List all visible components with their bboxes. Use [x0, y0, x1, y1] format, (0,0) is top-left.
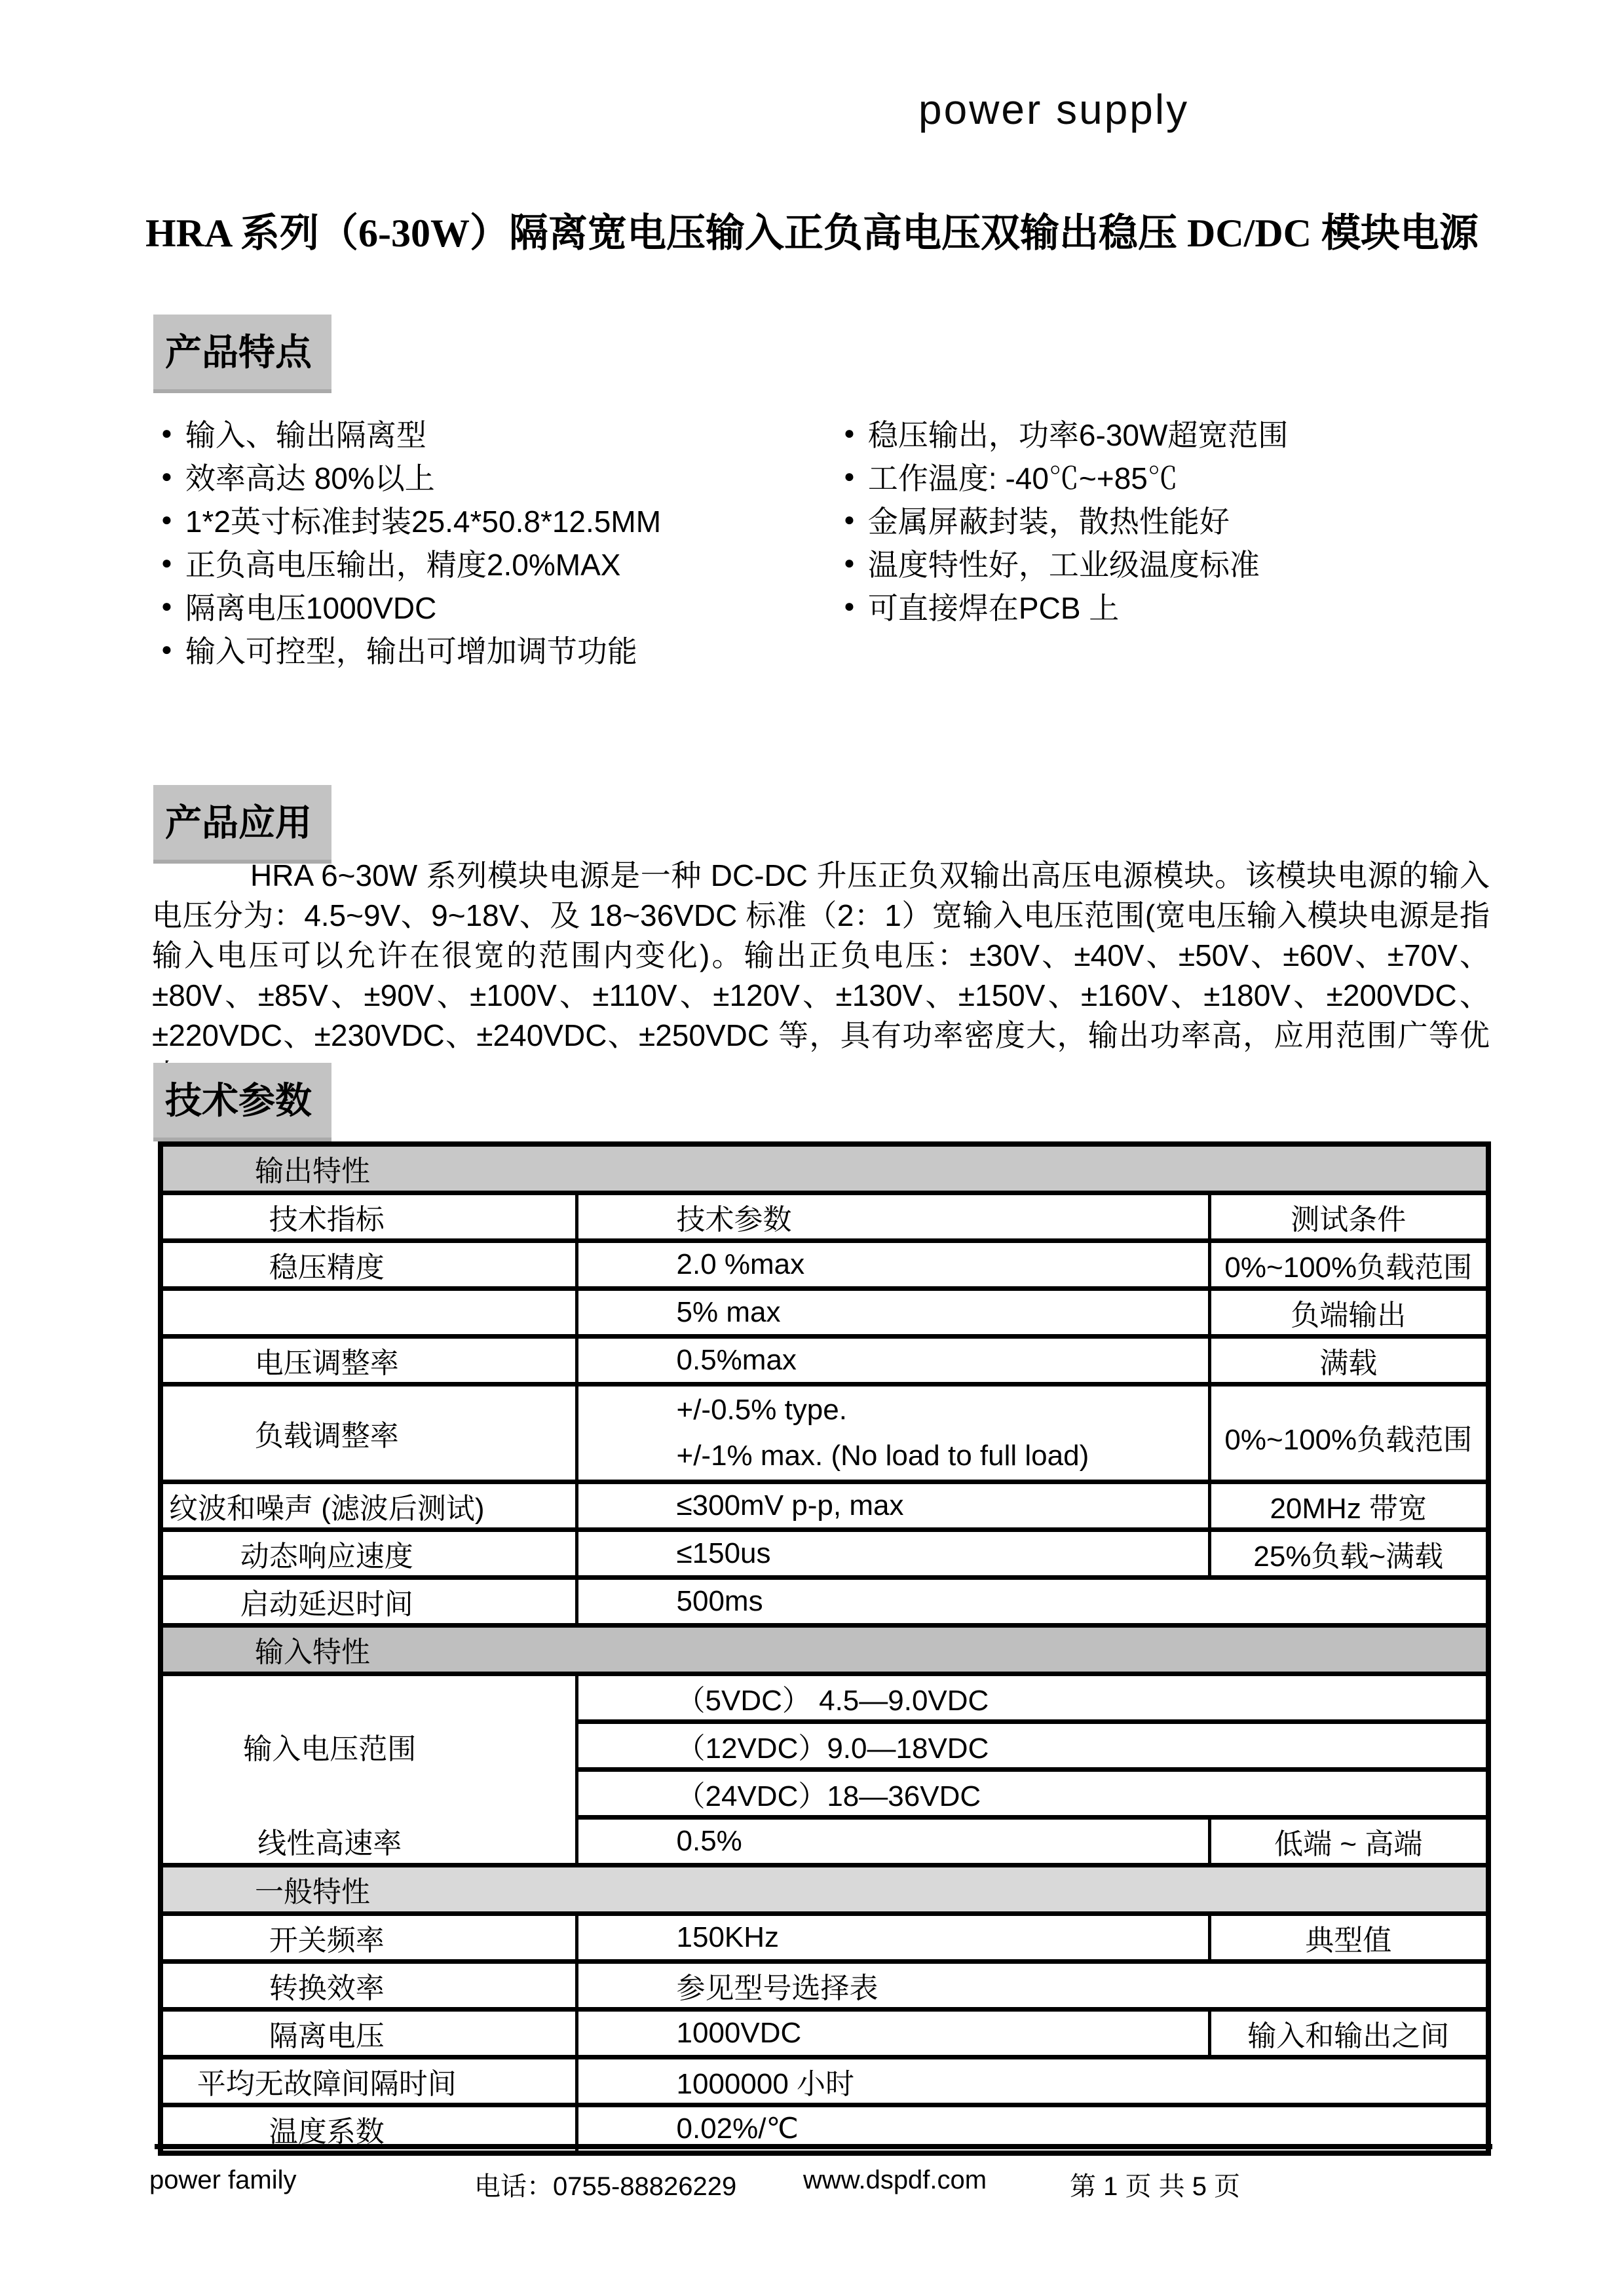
- cell-label: 启动延迟时间: [161, 1577, 576, 1625]
- feature-item: ● 可直接焊在PCB 上: [844, 584, 1288, 628]
- table-row-dynamic-response: 动态响应速度 ≤150us 25%负载~满载: [161, 1529, 1488, 1577]
- feature-text: 稳压输出，功率6-30W超宽范围: [868, 411, 1288, 455]
- header-parameter: 技术参数: [576, 1193, 1209, 1240]
- footer-phone: 电话：0755-88826229: [474, 2166, 736, 2203]
- cell-value: 1000VDC: [576, 2009, 1209, 2057]
- table-row-isolation-voltage: 隔离电压 1000VDC 输入和输出之间: [161, 2009, 1488, 2057]
- cell-value: （12VDC）9.0—18VDC: [576, 1721, 1488, 1769]
- specs-table: 输出特性 技术指标 技术参数 测试条件 稳压精度 2.0 %max 0%~100…: [158, 1141, 1491, 2156]
- bullet-icon: ●: [844, 467, 855, 486]
- bullet-icon: ●: [161, 424, 172, 442]
- header-indicator: 技术指标: [161, 1193, 576, 1240]
- cell-value: 150KHz: [576, 1913, 1209, 1961]
- feature-text: 金属屏蔽封装，散热性能好: [868, 498, 1230, 541]
- bullet-icon: ●: [161, 554, 172, 572]
- feature-text: 输入、输出隔离型: [185, 411, 426, 455]
- cell-label: 稳压精度: [161, 1240, 576, 1288]
- cell-value: 参见型号选择表: [576, 1961, 1488, 2009]
- cell-condition: 0%~100%负载范围: [1209, 1384, 1488, 1482]
- header-condition: 测试条件: [1209, 1193, 1488, 1240]
- load-reg-max: +/-1% max. (No load to full load): [677, 1433, 1207, 1479]
- feature-text: 1*2英寸标准封装25.4*50.8*12.5MM: [185, 498, 661, 541]
- bullet-icon: ●: [844, 510, 855, 529]
- cell-value: ≤300mV p-p, max: [576, 1482, 1209, 1529]
- bullet-icon: ●: [161, 640, 172, 659]
- feature-item: ● 金属屏蔽封装，散热性能好: [844, 498, 1288, 541]
- section-label-specs: 技术参数: [153, 1063, 331, 1141]
- feature-text: 可直接焊在PCB 上: [868, 584, 1119, 628]
- feature-item: ● 正负高电压输出，精度2.0%MAX: [161, 541, 661, 584]
- table-row-efficiency: 转换效率 参见型号选择表: [161, 1961, 1488, 2009]
- table-row-switching-frequency: 开关频率 150KHz 典型值: [161, 1913, 1488, 1961]
- cell-value: 500ms: [576, 1577, 1488, 1625]
- bullet-icon: ●: [844, 554, 855, 572]
- bullet-icon: ●: [844, 424, 855, 442]
- cell-label: 纹波和噪声 (滤波后测试): [161, 1482, 576, 1529]
- cell-value: （24VDC）18—36VDC: [576, 1769, 1488, 1817]
- cell-condition: 0%~100%负载范围: [1209, 1240, 1488, 1288]
- cell-label: 转换效率: [161, 1961, 576, 2009]
- feature-list-right: ● 稳压输出，功率6-30W超宽范围 ● 工作温度: -40℃~+85℃ ● 金…: [844, 411, 1288, 628]
- table-band-row: 输出特性: [161, 1144, 1488, 1193]
- cell-value: （5VDC） 4.5—9.0VDC: [576, 1674, 1488, 1721]
- load-reg-typ: +/-0.5% type.: [677, 1387, 1207, 1433]
- feature-item: ● 输入、输出隔离型: [161, 411, 661, 455]
- cell-label: [161, 1288, 576, 1336]
- table-row-neg-output: 5% max 负端输出: [161, 1288, 1488, 1336]
- table-band-row: 输入特性: [161, 1625, 1488, 1674]
- section-label-applications: 产品应用: [153, 785, 331, 864]
- cell-value: ≤150us: [576, 1529, 1209, 1577]
- footer-divider: [155, 2144, 1492, 2149]
- bullet-icon: ●: [161, 597, 172, 615]
- band-input-label: 输入特性: [161, 1625, 1488, 1674]
- table-row-startup-delay: 启动延迟时间 500ms: [161, 1577, 1488, 1625]
- cell-vin-merged: 输入电压范围 线性高速率: [161, 1674, 576, 1865]
- cell-condition: 满载: [1209, 1336, 1488, 1384]
- footer-website: www.dspdf.com: [803, 2166, 987, 2195]
- applications-paragraph: HRA 6~30W 系列模块电源是一种 DC-DC 升压正负双输出高压电源模块。…: [152, 856, 1490, 1096]
- bullet-icon: ●: [844, 597, 855, 615]
- feature-item: ● 隔离电压1000VDC: [161, 584, 661, 628]
- page-title: HRA 系列（6-30W）隔离宽电压输入正负高电压双输出稳压 DC/DC 模块电…: [0, 202, 1624, 258]
- cell-condition: 25%负载~满载: [1209, 1529, 1488, 1577]
- cell-condition: 输入和输出之间: [1209, 2009, 1488, 2057]
- cell-condition: 负端输出: [1209, 1288, 1488, 1336]
- cell-condition: 典型值: [1209, 1913, 1488, 1961]
- feature-item: ● 1*2英寸标准封装25.4*50.8*12.5MM: [161, 498, 661, 541]
- feature-text: 输入可控型，输出可增加调节功能: [185, 628, 637, 671]
- table-row-accuracy: 稳压精度 2.0 %max 0%~100%负载范围: [161, 1240, 1488, 1288]
- cell-label: 开关频率: [161, 1913, 576, 1961]
- table-header-row: 技术指标 技术参数 测试条件: [161, 1193, 1488, 1240]
- datasheet-page: power supply HRA 系列（6-30W）隔离宽电压输入正负高电压双输…: [0, 0, 1624, 2296]
- feature-text: 效率高达 80%以上: [185, 455, 435, 498]
- footer-company: power family: [149, 2166, 297, 2195]
- feature-item: ● 工作温度: -40℃~+85℃: [844, 455, 1288, 498]
- cell-value: +/-0.5% type. +/-1% max. (No load to ful…: [576, 1384, 1209, 1482]
- band-output-label: 输出特性: [161, 1144, 1488, 1193]
- section-label-features: 产品特点: [153, 315, 331, 393]
- cell-value: 0.5%: [576, 1817, 1209, 1865]
- feature-text: 工作温度: -40℃~+85℃: [868, 455, 1178, 498]
- cell-label: 平均无故障间隔时间: [161, 2057, 576, 2105]
- cell-label: 电压调整率: [161, 1336, 576, 1384]
- table-band-row: 一般特性: [161, 1865, 1488, 1913]
- table-row-load-regulation: 负载调整率 +/-0.5% type. +/-1% max. (No load …: [161, 1384, 1488, 1482]
- feature-item: ● 输入可控型，输出可增加调节功能: [161, 628, 661, 671]
- cell-value: 0.5%max: [576, 1336, 1209, 1384]
- table-row-mtbf: 平均无故障间隔时间 1000000 小时: [161, 2057, 1488, 2105]
- feature-text: 隔离电压1000VDC: [185, 584, 436, 628]
- table-row-vin-5v: 输入电压范围 线性高速率 （5VDC） 4.5—9.0VDC: [161, 1674, 1488, 1721]
- cell-condition: 20MHz 带宽: [1209, 1482, 1488, 1529]
- feature-item: ● 温度特性好，工业级温度标准: [844, 541, 1288, 584]
- bullet-icon: ●: [161, 467, 172, 486]
- table-row-line-regulation: 电压调整率 0.5%max 满载: [161, 1336, 1488, 1384]
- feature-item: ● 效率高达 80%以上: [161, 455, 661, 498]
- feature-list-left: ● 输入、输出隔离型 ● 效率高达 80%以上 ● 1*2英寸标准封装25.4*…: [161, 411, 661, 671]
- band-general-label: 一般特性: [161, 1865, 1488, 1913]
- cell-value: 2.0 %max: [576, 1240, 1209, 1288]
- bullet-icon: ●: [161, 510, 172, 529]
- table-row-ripple-noise: 纹波和噪声 (滤波后测试) ≤300mV p-p, max 20MHz 带宽: [161, 1482, 1488, 1529]
- cell-value: 1000000 小时: [576, 2057, 1488, 2105]
- cell-label: 隔离电压: [161, 2009, 576, 2057]
- footer-page-number: 第 1 页 共 5 页: [1070, 2166, 1240, 2203]
- cell-label: 动态响应速度: [161, 1529, 576, 1577]
- cell-value: 5% max: [576, 1288, 1209, 1336]
- cell-label: 负载调整率: [161, 1384, 576, 1482]
- brand-text: power supply: [918, 85, 1189, 134]
- cell-condition: 低端 ~ 高端: [1209, 1817, 1488, 1865]
- linear-rate-label: 线性高速率: [163, 1816, 497, 1865]
- vin-range-label: 输入电压范围: [163, 1676, 497, 1816]
- feature-item: ● 稳压输出，功率6-30W超宽范围: [844, 411, 1288, 455]
- feature-text: 正负高电压输出，精度2.0%MAX: [185, 541, 621, 584]
- feature-text: 温度特性好，工业级温度标准: [868, 541, 1260, 584]
